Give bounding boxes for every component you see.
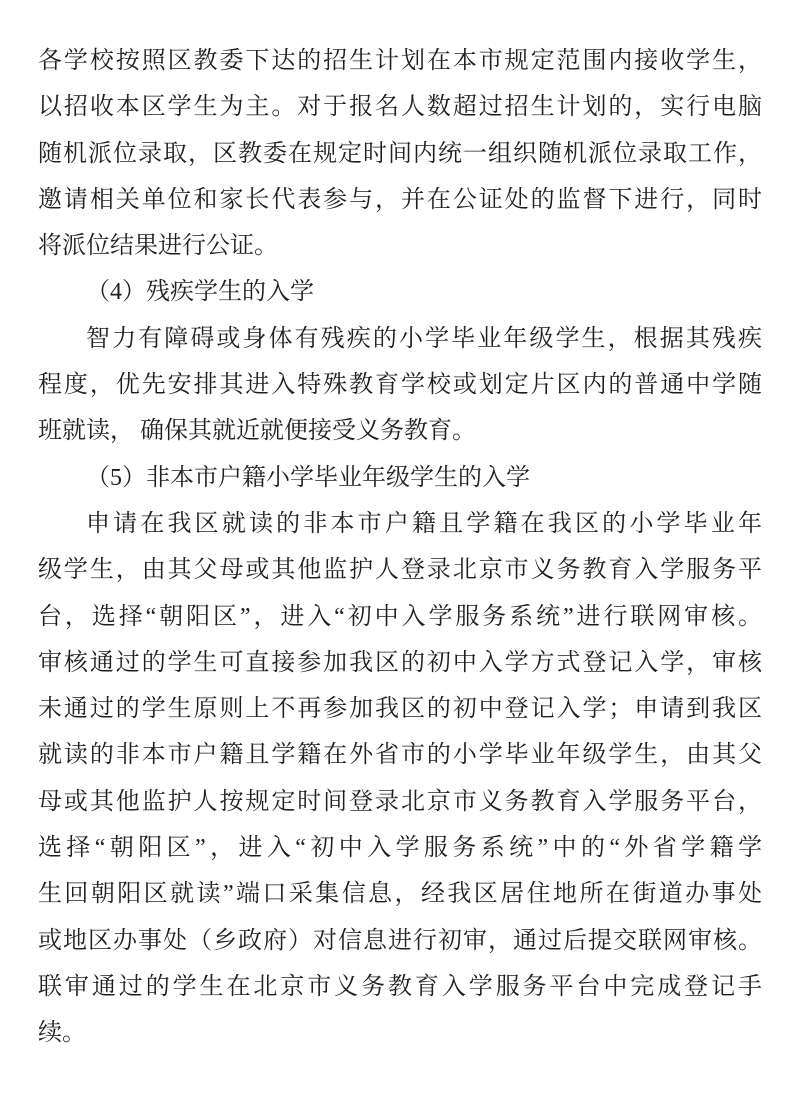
text-line: 邀请相关单位和家长代表参与，并在公证处的监督下进行，同时 <box>38 177 762 223</box>
text-line: 母或其他监护人按规定时间登录北京市义务教育入学服务平台， <box>38 779 762 825</box>
text-line: 申请在我区就读的非本市户籍且学籍在我区的小学毕业年 <box>38 501 762 547</box>
text-line: 各学校按照区教委下达的招生计划在本市规定范围内接收学生， <box>38 38 762 84</box>
section-heading-5: （5）非本市户籍小学毕业年级学生的入学 <box>38 455 762 501</box>
text-line: 选择“朝阳区”，进入“初中入学服务系统”中的“外省学籍学 <box>38 825 762 871</box>
paragraph-end-line: 续。 <box>38 1010 762 1056</box>
paragraph-end-line: 班就读， 确保其就近就便接受义务教育。 <box>38 408 762 454</box>
text-line: 程度，优先安排其进入特殊教育学校或划定片区内的普通中学随 <box>38 362 762 408</box>
document-page: 各学校按照区教委下达的招生计划在本市规定范围内接收学生， 以招收本区学生为主。对… <box>0 0 800 1116</box>
text-line: 台，选择“朝阳区”，进入“初中入学服务系统”进行联网审核。 <box>38 594 762 640</box>
section-heading-4: （4）残疾学生的入学 <box>38 269 762 315</box>
document-text-block: 各学校按照区教委下达的招生计划在本市规定范围内接收学生， 以招收本区学生为主。对… <box>38 38 762 1057</box>
text-line: 级学生，由其父母或其他监护人登录北京市义务教育入学服务平 <box>38 547 762 593</box>
text-line: 生回朝阳区就读”端口采集信息，经我区居住地所在街道办事处 <box>38 871 762 917</box>
text-line: 随机派位录取，区教委在规定时间内统一组织随机派位录取工作， <box>38 131 762 177</box>
text-line: 就读的非本市户籍且学籍在外省市的小学毕业年级学生，由其父 <box>38 732 762 778</box>
text-line: 智力有障碍或身体有残疾的小学毕业年级学生，根据其残疾 <box>38 316 762 362</box>
text-line: 未通过的学生原则上不再参加我区的初中登记入学；申请到我区 <box>38 686 762 732</box>
text-line: 以招收本区学生为主。对于报名人数超过招生计划的，实行电脑 <box>38 84 762 130</box>
paragraph-end-line: 将派位结果进行公证。 <box>38 223 762 269</box>
text-line: 或地区办事处（乡政府）对信息进行初审，通过后提交联网审核。 <box>38 918 762 964</box>
text-line: 联审通过的学生在北京市义务教育入学服务平台中完成登记手 <box>38 964 762 1010</box>
text-line: 审核通过的学生可直接参加我区的初中入学方式登记入学，审核 <box>38 640 762 686</box>
